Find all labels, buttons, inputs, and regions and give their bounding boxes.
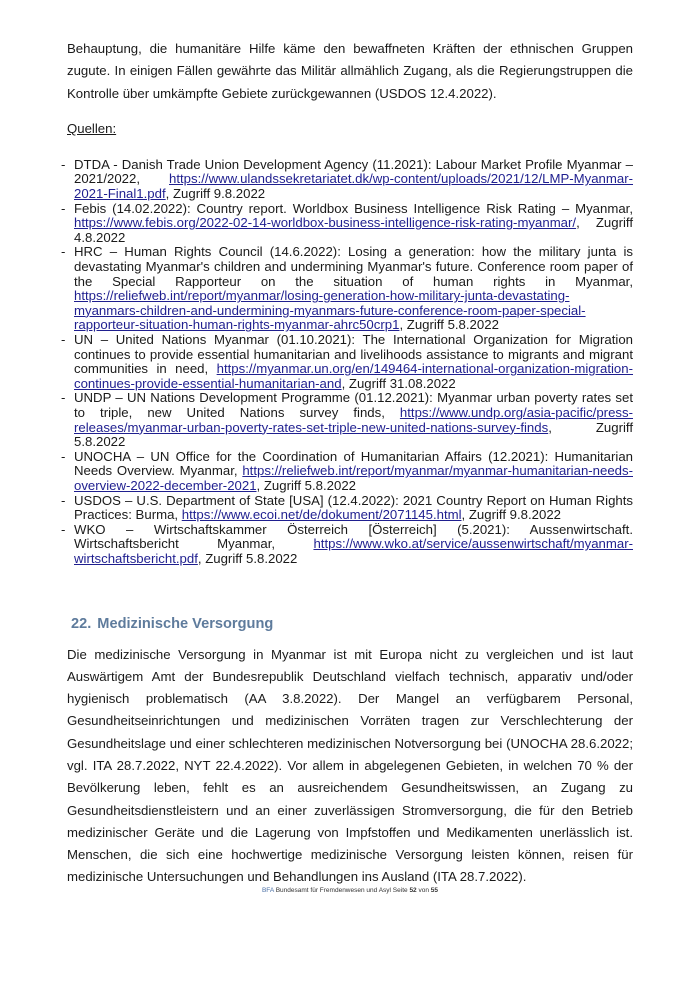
source-link[interactable]: https://www.febis.org/2022-02-14-worldbo…: [74, 215, 576, 230]
source-item: Febis (14.02.2022): Country report. Worl…: [67, 202, 633, 246]
section-heading: 22.Medizinische Versorgung: [71, 614, 633, 634]
source-item: UNDP – UN Nations Development Programme …: [67, 391, 633, 449]
sources-list: DTDA - Danish Trade Union Development Ag…: [67, 158, 633, 567]
page-separator: von: [418, 887, 428, 894]
section-number: 22.: [71, 616, 91, 632]
source-link[interactable]: https://www.ecoi.net/de/dokument/2071145…: [182, 507, 462, 522]
source-item: USDOS – U.S. Department of State [USA] (…: [67, 494, 633, 523]
page-total: 55: [431, 887, 438, 894]
source-item: HRC – Human Rights Council (14.6.2022): …: [67, 245, 633, 333]
org-abbreviation: BFA: [262, 887, 274, 894]
page-label: Seite: [393, 887, 408, 894]
intro-paragraph: Behauptung, die humanitäre Hilfe käme de…: [67, 38, 633, 105]
page-footer: BFA Bundesamt für Fremdenwesen und Asyl …: [0, 887, 700, 894]
source-link[interactable]: https://reliefweb.int/report/myanmar/los…: [74, 288, 586, 332]
section-paragraph: Die medizinische Versorgung in Myanmar i…: [67, 644, 633, 889]
source-item: DTDA - Danish Trade Union Development Ag…: [67, 158, 633, 202]
page-current: 52: [409, 887, 416, 894]
sources-heading: Quellen:: [67, 121, 633, 137]
source-item: UN – United Nations Myanmar (01.10.2021)…: [67, 333, 633, 391]
source-item: UNOCHA – UN Office for the Coordination …: [67, 450, 633, 494]
source-item: WKO – Wirtschaftskammer Österreich [Öste…: [67, 523, 633, 567]
org-name: Bundesamt für Fremdenwesen und Asyl: [276, 887, 391, 894]
section-title: Medizinische Versorgung: [97, 616, 273, 632]
document-page: Behauptung, die humanitäre Hilfe käme de…: [67, 38, 633, 889]
